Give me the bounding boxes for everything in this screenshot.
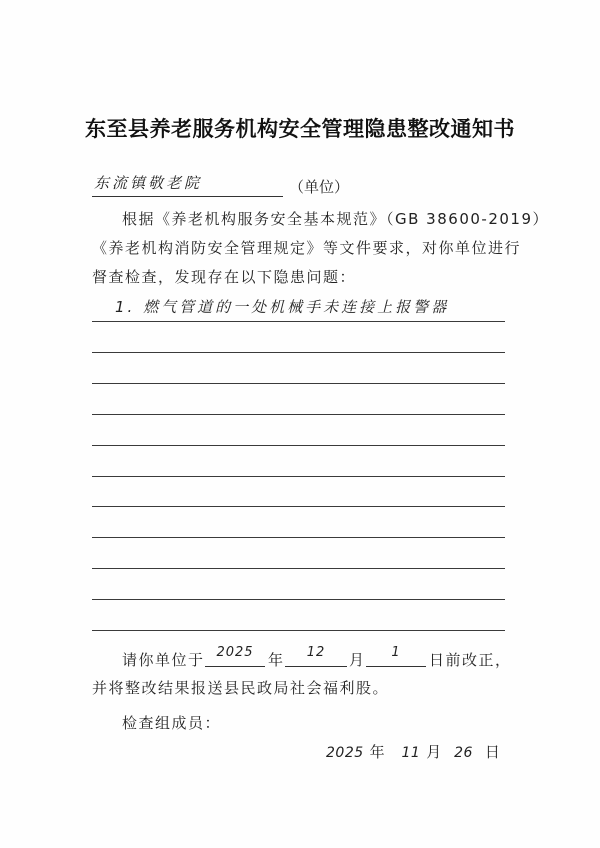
- issue-line[interactable]: [92, 476, 505, 477]
- unit-row: 东流镇敬老院 （单位）: [92, 170, 512, 200]
- issue-line[interactable]: [92, 630, 505, 631]
- issue-item-1: 1. 燃气管道的一处机械手未连接上报警器: [115, 296, 449, 317]
- deadline-year-value: 2025: [216, 645, 253, 660]
- deadline-month-field[interactable]: 12: [285, 645, 347, 667]
- issue-line[interactable]: [92, 537, 505, 538]
- notice-page: 东至县养老服务机构安全管理隐患整改通知书 东流镇敬老院 （单位） 根据《养老机构…: [0, 0, 600, 848]
- sign-month-value[interactable]: 11: [401, 745, 420, 761]
- sign-month-label: 月: [426, 743, 441, 761]
- deadline-month-value: 12: [307, 645, 326, 660]
- deadline-year-field[interactable]: 2025: [205, 645, 265, 667]
- unit-suffix-label: （单位）: [289, 176, 349, 197]
- issue-line[interactable]: [92, 445, 505, 446]
- deadline-month-label: 月: [349, 649, 366, 670]
- deadline-day-field[interactable]: 1: [366, 645, 426, 667]
- inspectors-label: 检查组成员：: [122, 712, 221, 733]
- document-title: 东至县养老服务机构安全管理隐患整改通知书: [0, 113, 600, 143]
- issue-line[interactable]: [92, 568, 505, 569]
- issue-line[interactable]: [92, 506, 505, 507]
- sign-day-label: 日: [485, 743, 500, 761]
- unit-field[interactable]: 东流镇敬老院: [92, 170, 283, 197]
- sign-date: 2025年 11月 26日: [326, 741, 506, 762]
- unit-value: 东流镇敬老院: [94, 172, 202, 193]
- body-line-2: 《养老机构消防安全管理规定》等文件要求，对你单位进行: [92, 234, 512, 263]
- deadline-row: 请你单位于 2025 年 12 月 1 日前改正，: [92, 645, 512, 675]
- sign-day-value[interactable]: 26: [454, 745, 473, 761]
- issue-line[interactable]: [92, 321, 505, 322]
- issue-line[interactable]: [92, 383, 505, 384]
- issue-line[interactable]: [92, 414, 505, 415]
- sign-year-value[interactable]: 2025: [326, 745, 364, 761]
- body-line-1: 根据《养老机构服务安全基本规范》（GB 38600-2019）: [92, 205, 512, 234]
- deadline-year-label: 年: [268, 649, 285, 670]
- issue-line[interactable]: [92, 599, 505, 600]
- issue-line[interactable]: [92, 352, 505, 353]
- deadline-prefix: 请你单位于: [122, 649, 205, 670]
- deadline-day-value: 1: [391, 645, 400, 660]
- sign-year-label: 年: [370, 743, 385, 761]
- body-line-3: 督查检查，发现存在以下隐患问题：: [92, 263, 512, 292]
- deadline-day-label: 日前改正，: [429, 649, 512, 670]
- report-instruction: 并将整改结果报送县民政局社会福利股。: [92, 674, 512, 703]
